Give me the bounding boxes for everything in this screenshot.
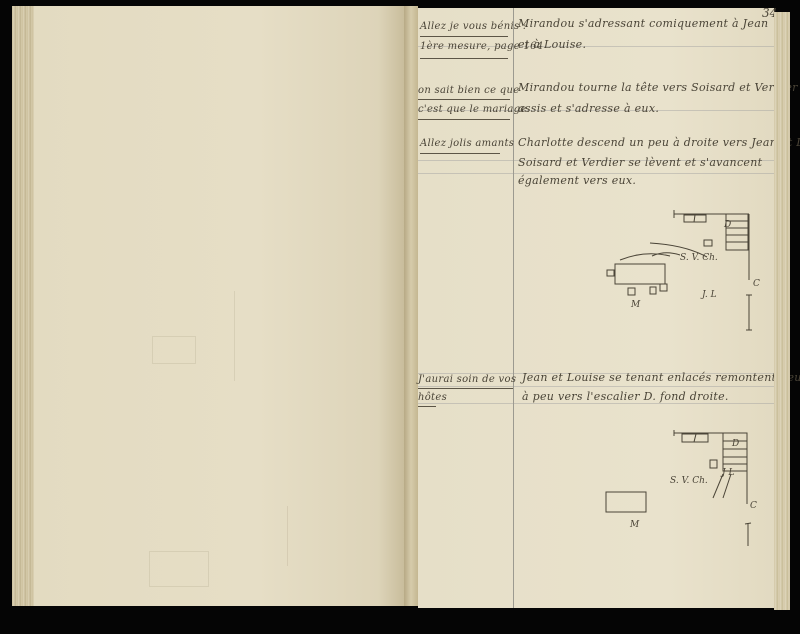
book-gutter [404,6,418,606]
diagram-label: C [750,501,757,511]
cue-line: Allez je vous bénis : [420,21,527,32]
show-through-mark [149,551,209,587]
diagram-label: J L [722,468,734,478]
stage-plan-icon [590,200,780,340]
diagram-label: M [630,520,639,530]
show-through-mark [287,506,288,566]
direction-line: et à Louise. [518,38,586,51]
cue-line: Allez jolis amants [420,138,514,149]
diagram-label: S. V. Ch. [680,253,718,263]
cue-line: c'est que le mariage. [418,104,530,115]
left-page-edges [12,6,34,606]
diagram-label: C [753,279,760,289]
direction-line: Mirandou s'adressant comiquement à Jean [518,17,768,30]
diagram-label: D [732,439,739,449]
right-page-edges [774,12,790,610]
diagram-label: S. V. Ch. [670,476,708,486]
cue-line: J'aurai soin de vos [418,374,516,385]
direction-line: Jean et Louise se tenant enlacés remonte… [522,371,800,384]
diagram-label: M [631,300,640,310]
left-page [12,6,404,606]
left-page-surface [34,6,404,606]
direction-line: à peu vers l'escalier D. fond droite. [522,390,729,403]
right-page: 34 Allez je vous bénis : 1ère mesure, pa… [418,8,774,608]
stage-plan-icon [590,416,780,556]
open-notebook: 34 Allez je vous bénis : 1ère mesure, pa… [0,0,800,634]
diagram-label: D [724,220,731,230]
show-through-mark [152,336,196,364]
direction-line: Charlotte descend un peu à droite vers J… [518,136,800,149]
direction-line: Soisard et Verdier se lèvent et s'avance… [518,156,762,169]
direction-line: Mirandou tourne la tête vers Soisard et … [518,81,798,94]
cue-line: on sait bien ce que [418,85,519,96]
column-divider [513,8,514,608]
direction-line: assis et s'adresse à eux. [518,102,659,115]
cue-line: hôtes [418,392,447,403]
staging-diagram-1: D S. V. Ch. J. L M C [590,200,780,340]
staging-diagram-2: D S. V. Ch. J L M C [590,416,780,556]
show-through-mark [234,291,235,381]
direction-line: également vers eux. [518,174,636,187]
diagram-label: J. L [702,290,717,300]
